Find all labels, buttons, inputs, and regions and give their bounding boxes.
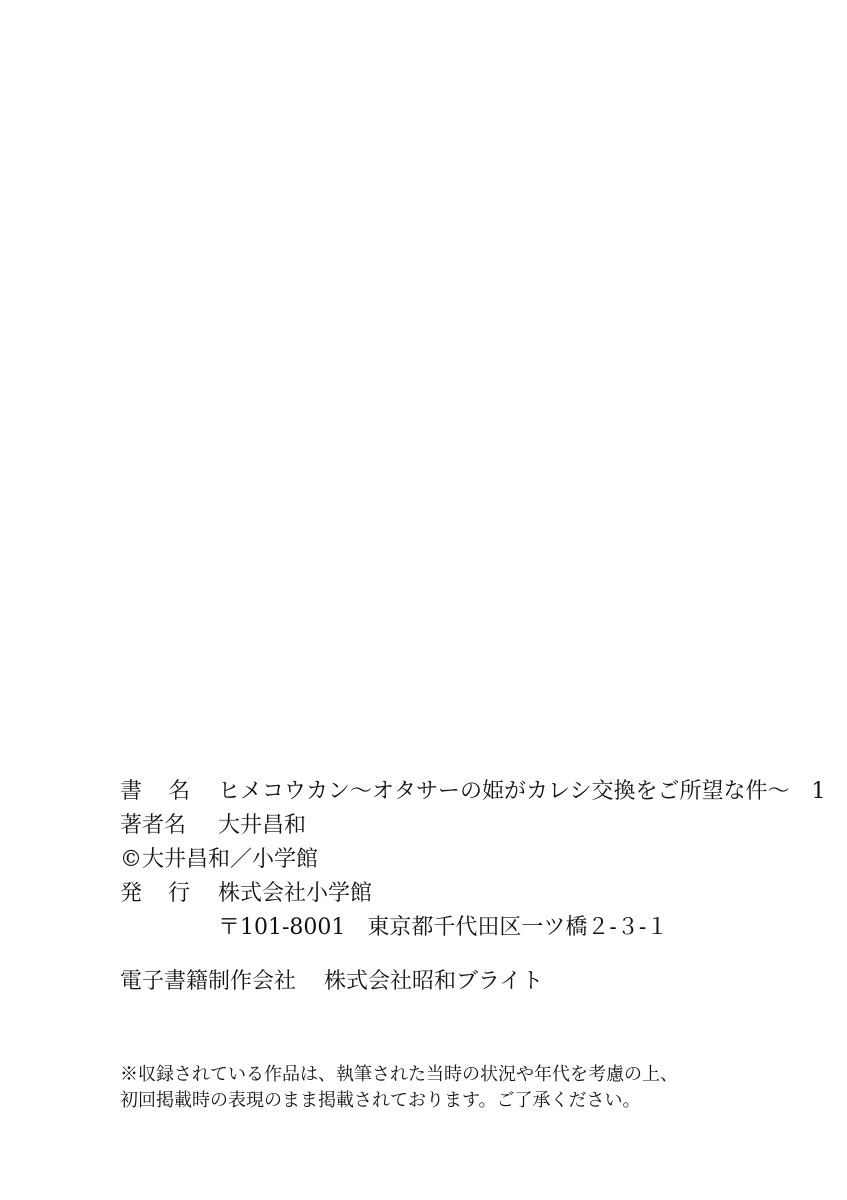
publisher-label-char-1: 発	[120, 877, 142, 911]
publisher-value: 株式会社小学館	[218, 877, 372, 911]
publisher-label: 発 行	[120, 877, 190, 911]
author-row: 著者名 大井昌和	[120, 809, 820, 843]
copyright-row: ©大井昌和／小学館	[120, 843, 820, 877]
ebook-producer-label: 電子書籍制作会社	[120, 965, 296, 999]
publisher-address: 〒101‐8001 東京都千代田区一ツ橋２‐３‐１	[218, 911, 668, 945]
ebook-producer-row: 電子書籍制作会社 株式会社昭和ブライト	[120, 965, 820, 999]
copyright-text: ©大井昌和／小学館	[120, 843, 318, 877]
publisher-row: 発 行 株式会社小学館	[120, 877, 820, 911]
notice-line-2: 初回掲載時の表現のまま掲載されております。ご了承ください。	[120, 1088, 678, 1114]
title-label-char-2: 名	[168, 775, 190, 809]
author-label: 著者名	[120, 809, 218, 843]
title-label-char-1: 書	[120, 775, 142, 809]
publisher-label-char-2: 行	[168, 877, 190, 911]
book-title: ヒメコウカン～オタサーの姫がカレシ交換をご所望な件～	[218, 779, 789, 804]
notice-line-1: ※収録されている作品は、執筆された当時の状況や年代を考慮の上、	[120, 1062, 678, 1088]
title-label: 書 名	[120, 775, 190, 809]
colophon: 書 名 ヒメコウカン～オタサーの姫がカレシ交換をご所望な件～1 著者名 大井昌和…	[120, 775, 820, 999]
ebook-producer-value: 株式会社昭和ブライト	[324, 965, 543, 999]
reprint-notice: ※収録されている作品は、執筆された当時の状況や年代を考慮の上、 初回掲載時の表現…	[120, 1062, 678, 1114]
title-row: 書 名 ヒメコウカン～オタサーの姫がカレシ交換をご所望な件～1	[120, 775, 820, 809]
author-value: 大井昌和	[218, 809, 306, 843]
volume-number: 1	[811, 779, 825, 804]
title-value: ヒメコウカン～オタサーの姫がカレシ交換をご所望な件～1	[218, 775, 825, 809]
address-row: 〒101‐8001 東京都千代田区一ツ橋２‐３‐１	[120, 911, 820, 945]
